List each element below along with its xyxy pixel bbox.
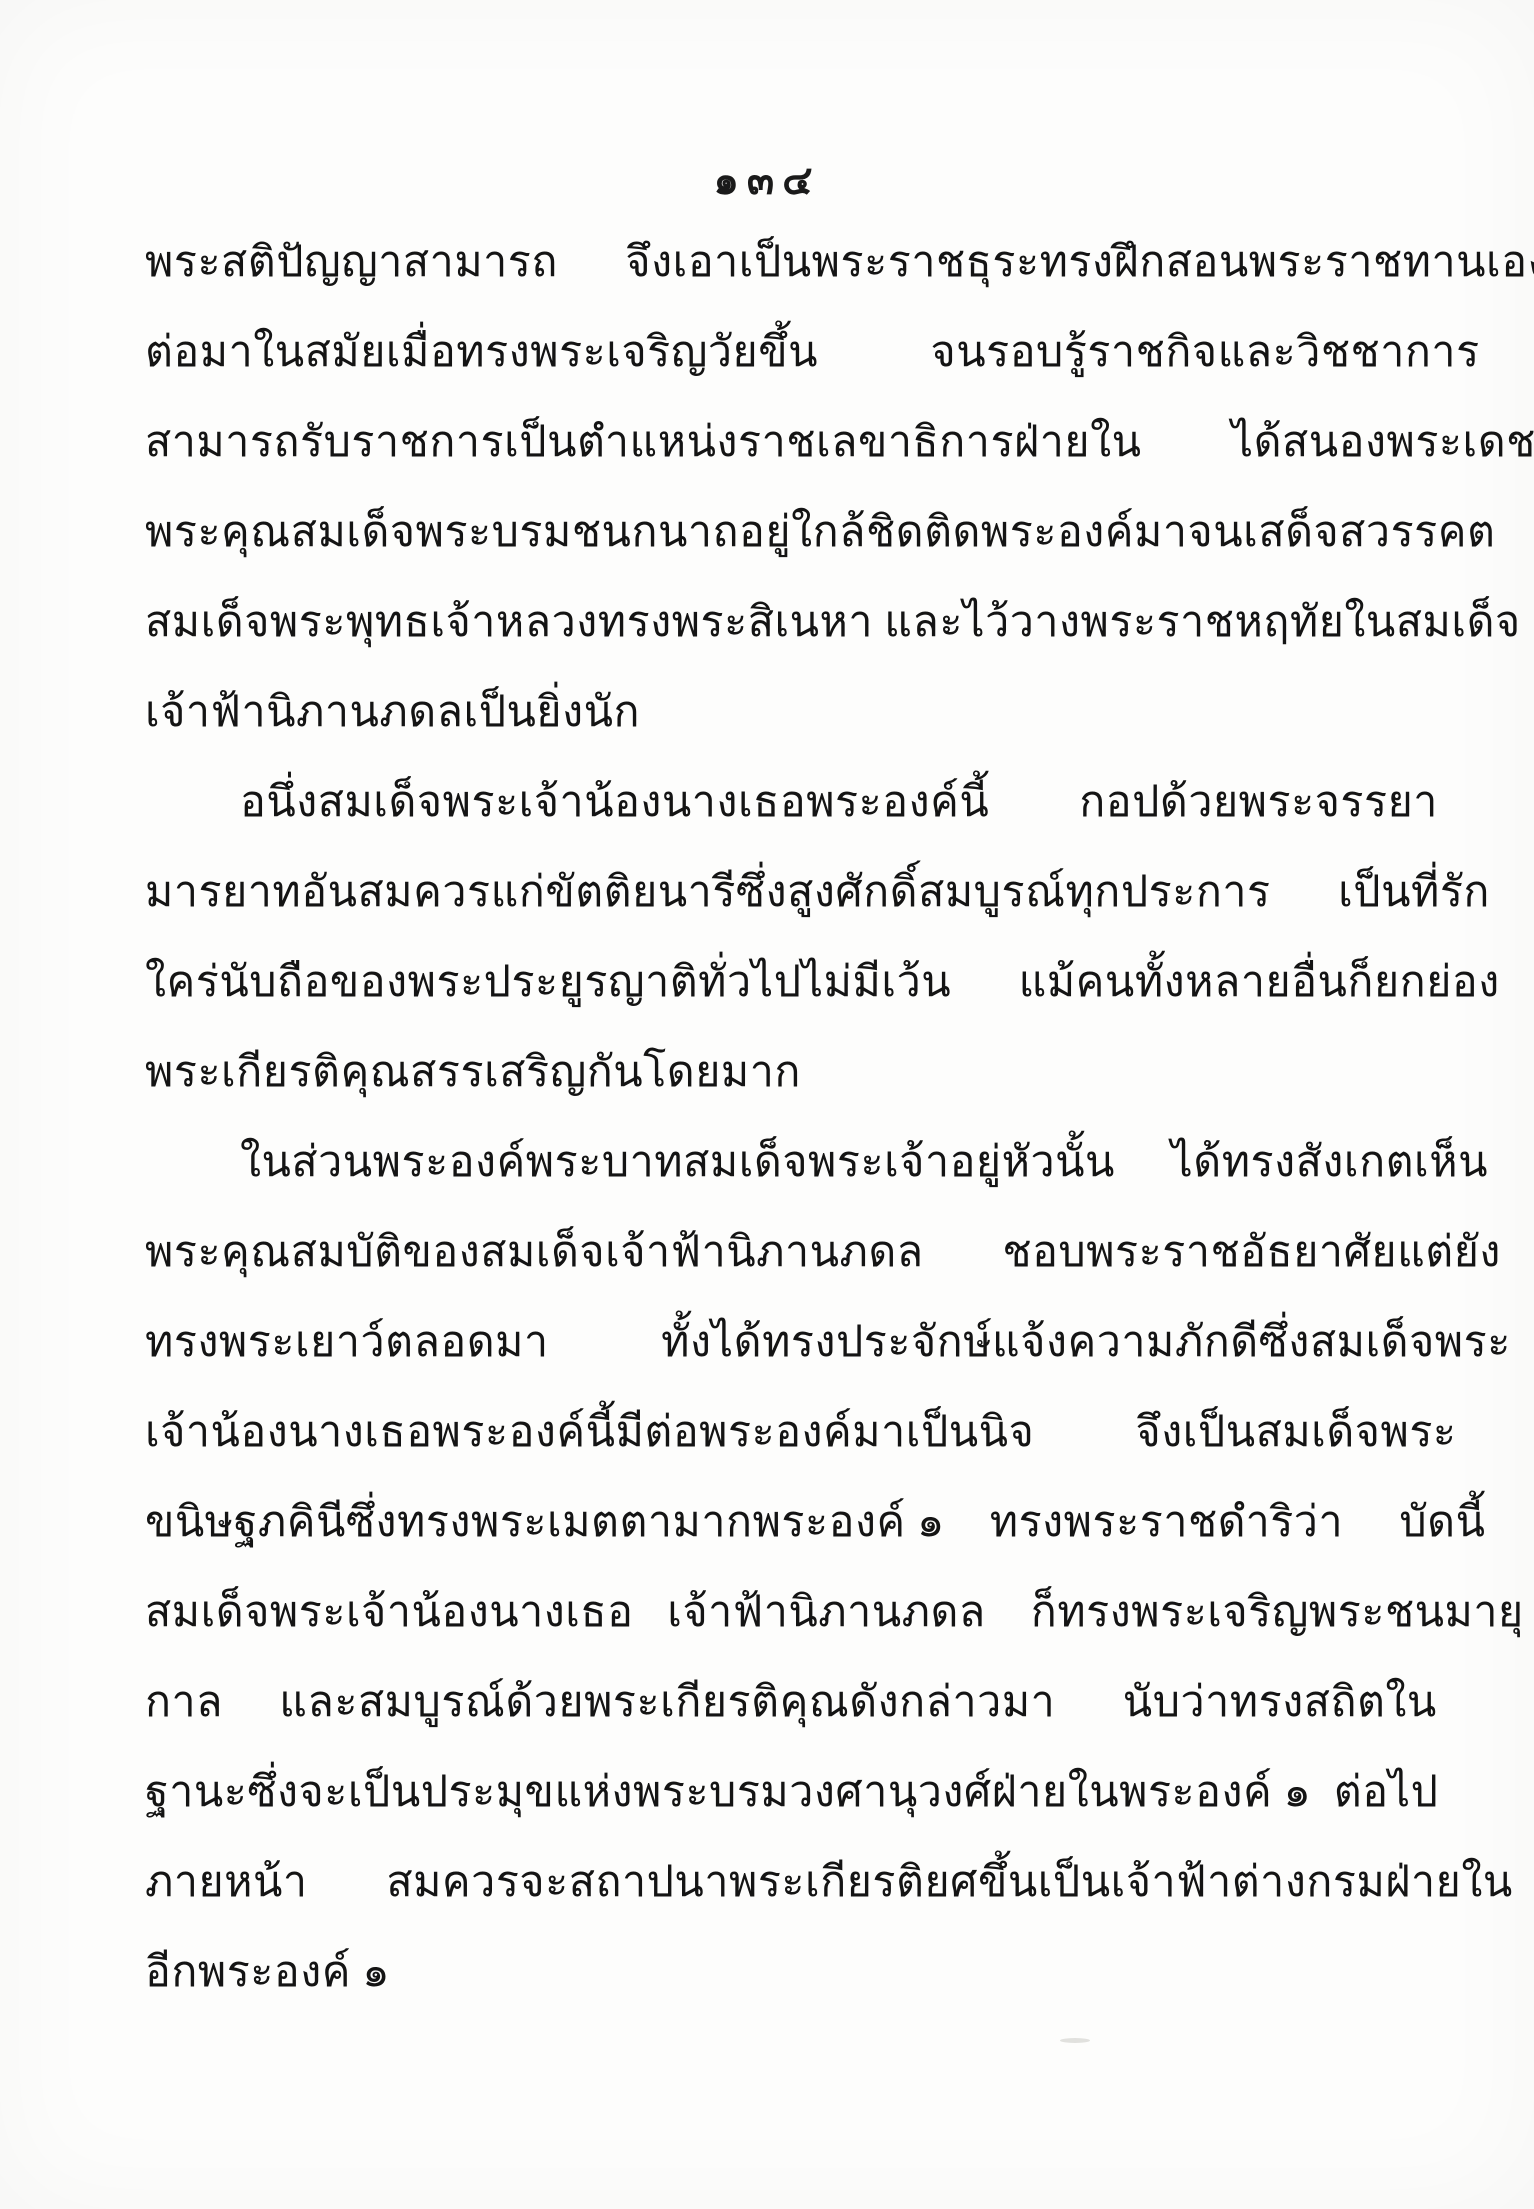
text-line-paragraph-start: ในส่วนพระองค์พระบาทสมเด็จพระเจ้าอยู่หัวน… — [145, 1118, 1446, 1208]
text-line: ภายหน้า สมควรจะสถาปนาพระเกียรติยศขึ้นเป็… — [145, 1838, 1446, 1928]
text-line: กาล และสมบูรณ์ด้วยพระเกียรติคุณดังกล่าวม… — [145, 1658, 1446, 1748]
text-line: ต่อมาในสมัยเมื่อทรงพระเจริญวัยขึ้น จนรอบ… — [145, 308, 1446, 398]
text-line: ทรงพระเยาว์ตลอดมา ทั้งได้ทรงประจักษ์แจ้ง… — [145, 1298, 1446, 1388]
text-line: อีกพระองค์ ๑ — [145, 1928, 1446, 2018]
text-line: สมเด็จพระพุทธเจ้าหลวงทรงพระสิเนหา และไว้… — [145, 578, 1446, 668]
text-line: พระสติปัญญาสามารถ จึงเอาเป็นพระราชธุระทร… — [145, 218, 1446, 308]
text-line: เจ้าฟ้านิภานภดลเป็นยิ่งนัก — [145, 668, 1446, 758]
text-line: สมเด็จพระเจ้าน้องนางเธอ เจ้าฟ้านิภานภดล … — [145, 1568, 1446, 1658]
text-line: เจ้าน้องนางเธอพระองค์นี้มีต่อพระองค์มาเป… — [145, 1388, 1446, 1478]
text-line: พระคุณสมบัติของสมเด็จเจ้าฟ้านิภานภดล ชอบ… — [145, 1208, 1446, 1298]
text-line: ใคร่นับถือของพระประยูรญาติทั่วไปไม่มีเว้… — [145, 938, 1446, 1028]
scan-artifact — [1060, 2038, 1090, 2043]
text-line: ขนิษฐภคินีซึ่งทรงพระเมตตามากพระองค์ ๑ ทร… — [145, 1478, 1446, 1568]
text-line-paragraph-start: อนึ่งสมเด็จพระเจ้าน้องนางเธอพระองค์นี้ ก… — [145, 758, 1446, 848]
text-line: พระคุณสมเด็จพระบรมชนกนาถอยู่ใกล้ชิดติดพร… — [145, 488, 1446, 578]
text-line: ฐานะซึ่งจะเป็นประมุขแห่งพระบรมวงศานุวงศ์… — [145, 1748, 1446, 1838]
page-number: ๑๓๔ — [0, 148, 1534, 212]
text-line: พระเกียรติคุณสรรเสริญกันโดยมาก — [145, 1028, 1446, 1118]
scanned-document-page: ๑๓๔ พระสติปัญญาสามารถ จึงเอาเป็นพระราชธุ… — [0, 0, 1534, 2209]
document-body: พระสติปัญญาสามารถ จึงเอาเป็นพระราชธุระทร… — [145, 218, 1446, 2018]
text-line: สามารถรับราชการเป็นตำแหน่งราชเลขาธิการฝ่… — [145, 398, 1446, 488]
text-line: มารยาทอันสมควรแก่ขัตติยนารีซึ่งสูงศักดิ์… — [145, 848, 1446, 938]
